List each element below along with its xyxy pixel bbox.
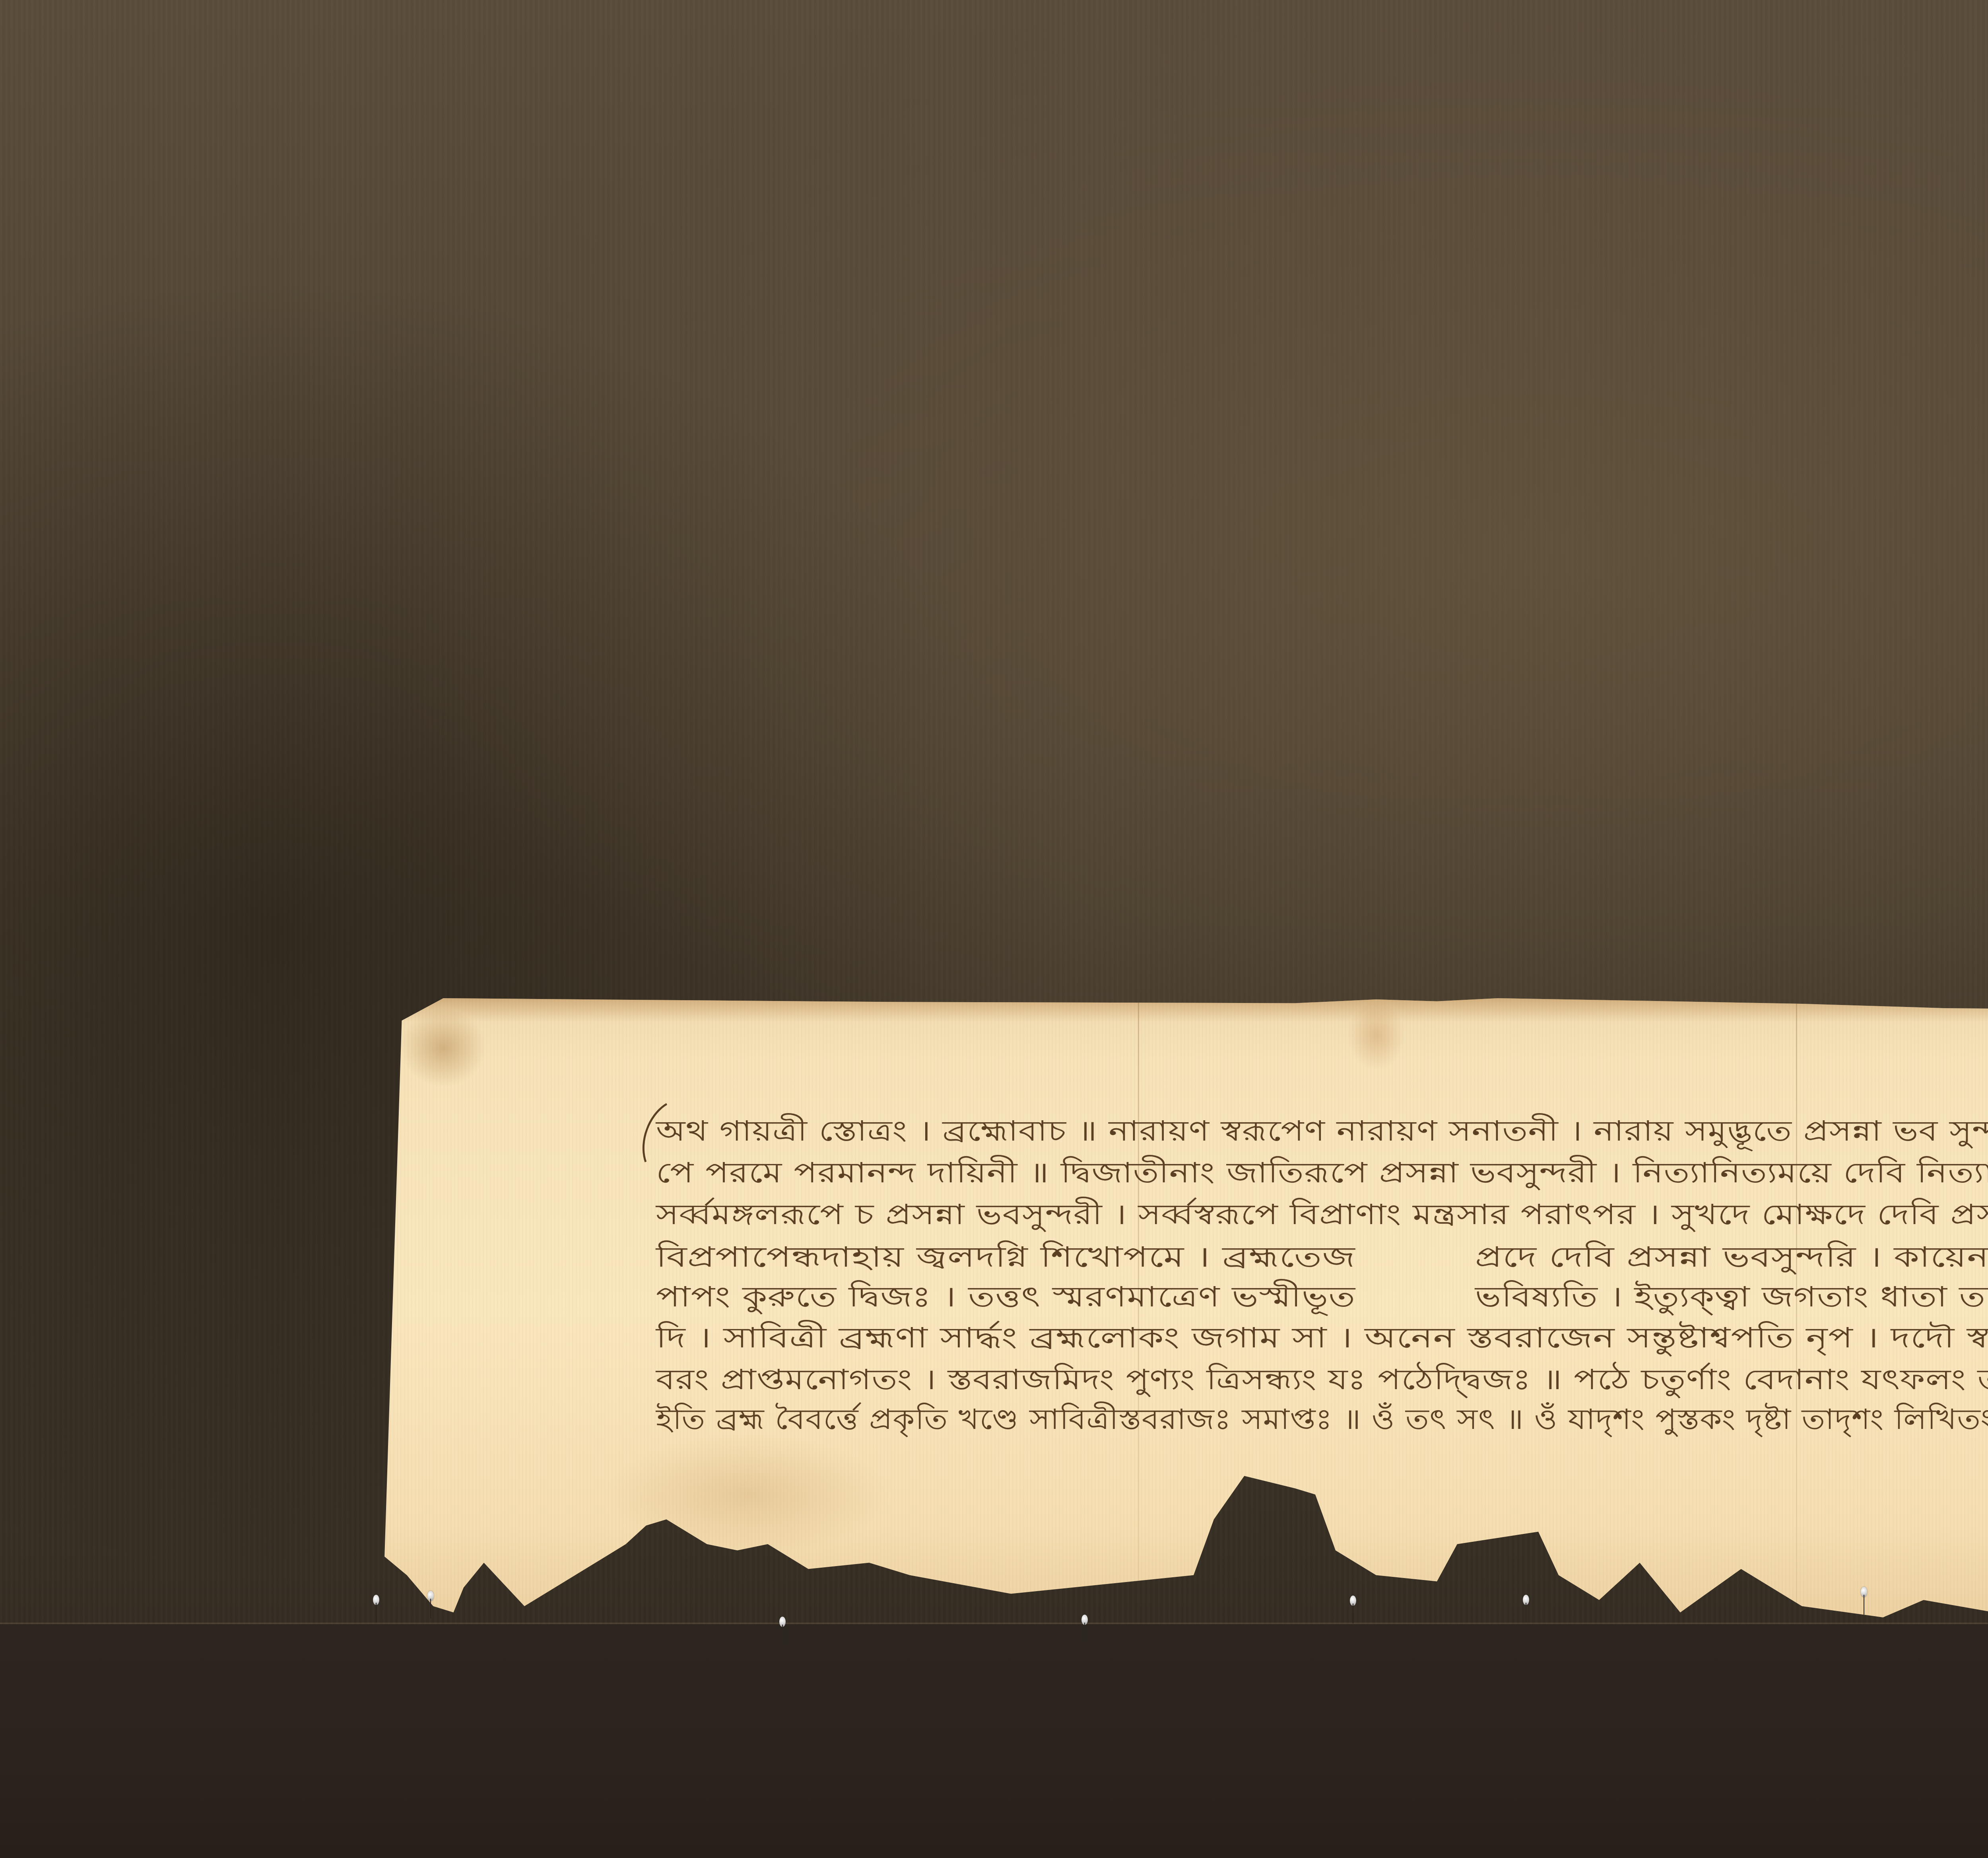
pin-icon (1523, 1595, 1529, 1605)
pin-icon (779, 1617, 786, 1627)
pin-icon (1861, 1587, 1867, 1597)
manuscript-line-8: ইতি ব্রহ্ম বৈবর্ত্তে প্রকৃতি খণ্ডে সাবিত… (656, 1401, 1988, 1439)
pin-icon (373, 1595, 379, 1605)
pin-icon (427, 1591, 434, 1601)
manuscript-line-6: দি । সাবিত্রী ব্রহ্মণা সার্দ্ধং ব্রহ্মলো… (656, 1320, 1988, 1357)
manuscript-line-1: অথ গায়ত্রী স্তোত্রং । ব্রহ্মোবাচ ॥ নারা… (656, 1113, 1988, 1151)
manuscript-line-2: পে পরমে পরমানন্দ দায়িনী ॥ দ্বিজাতীনাং জ… (656, 1154, 1988, 1192)
manuscript-line-7: বরং প্রাপ্তমনোগতং । স্তবরাজমিদং পুণ্যং ত… (656, 1361, 1988, 1399)
manuscript-line-3: সর্ব্বমঙ্গলরূপে চ প্রসন্না ভবসুন্দরী । স… (656, 1196, 1988, 1234)
lower-mount-panel (0, 1624, 1988, 1858)
pin-icon (1081, 1615, 1088, 1625)
pin-icon (1350, 1596, 1356, 1606)
